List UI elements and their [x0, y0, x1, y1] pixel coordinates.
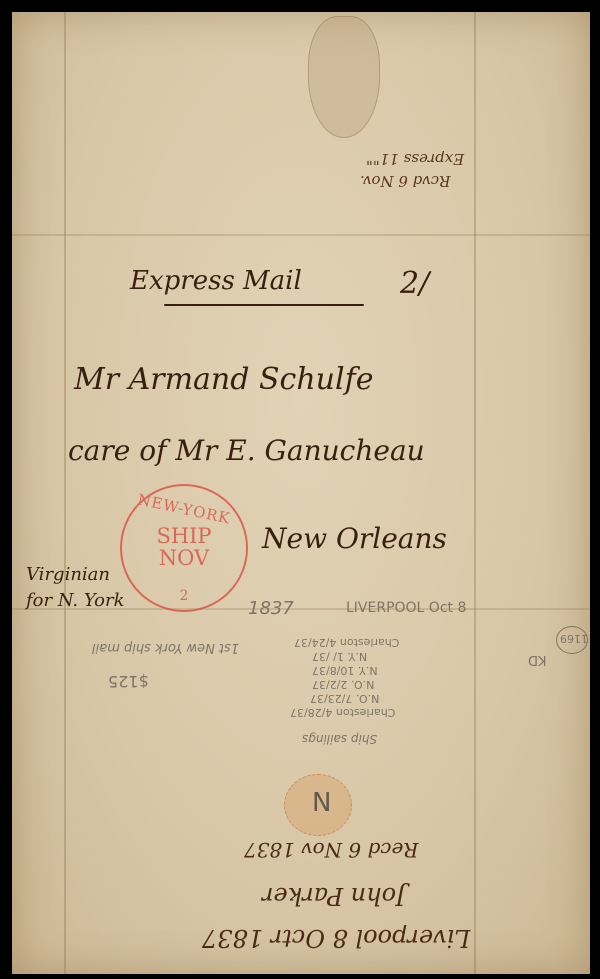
letter-sheet: Rcvd 6 Nov. Express 11"" Express Mail 2/…: [12, 12, 590, 974]
top-docket-line2: Express 11"": [366, 150, 464, 168]
route-mark: 2/: [400, 266, 429, 301]
route-instruction: Express Mail: [130, 266, 302, 296]
pencil-rate-note: 1st New York ship mail: [92, 640, 239, 655]
new-york-ship-postmark: NEW-YORK SHIP NOV 2: [120, 484, 248, 612]
ship-name-line2: for N. York: [26, 590, 125, 611]
bottom-docket-line1: Liverpool 8 Octr 1837: [202, 924, 470, 952]
sailing-row: N.O. 2/2/37: [312, 678, 374, 691]
pencil-catalog-number: 1169: [560, 632, 588, 645]
addressee-line2: care of Mr E. Ganucheau: [68, 434, 425, 467]
fold-line-left: [64, 12, 66, 974]
pencil-origin-date: LIVERPOOL Oct 8: [346, 600, 466, 616]
sailing-row: Charleston 4/24/37: [294, 636, 399, 649]
fold-line-right: [474, 12, 476, 974]
sailing-row: N.Y. 1/ /37: [312, 650, 367, 663]
addressee-line1: Mr Armand Schulfe: [74, 362, 373, 397]
destination: New Orleans: [262, 522, 447, 555]
ship-name-line1: Virginian: [26, 564, 110, 585]
sailing-row: N.O. 7/23/37: [310, 692, 379, 705]
postmark-month: NOV: [122, 548, 246, 568]
postmark-ship: SHIP: [122, 526, 246, 546]
pencil-price: $125: [108, 672, 149, 691]
bottom-docket-line3: Recd 6 Nov 1837: [244, 838, 418, 862]
postmark-day: 2: [122, 588, 246, 604]
seal-mark: N: [312, 788, 331, 818]
ship-sailings-header: Ship sailings: [302, 732, 377, 746]
fold-line-upper: [12, 234, 590, 236]
route-underline: [164, 304, 364, 306]
bottom-docket-line2: John Parker: [262, 882, 406, 910]
ship-sailings-list: Ship sailings Charleston 4/24/37 N.Y. 1/…: [284, 636, 444, 756]
top-docket-line1: Rcvd 6 Nov.: [360, 172, 450, 190]
pencil-initials: KD: [528, 652, 547, 667]
sailing-row: Charleston 4/28/37: [290, 706, 395, 719]
pencil-year: 1837: [248, 598, 294, 619]
sailing-row: N.Y. 10/8/37: [312, 664, 378, 677]
water-stain: [308, 16, 380, 138]
